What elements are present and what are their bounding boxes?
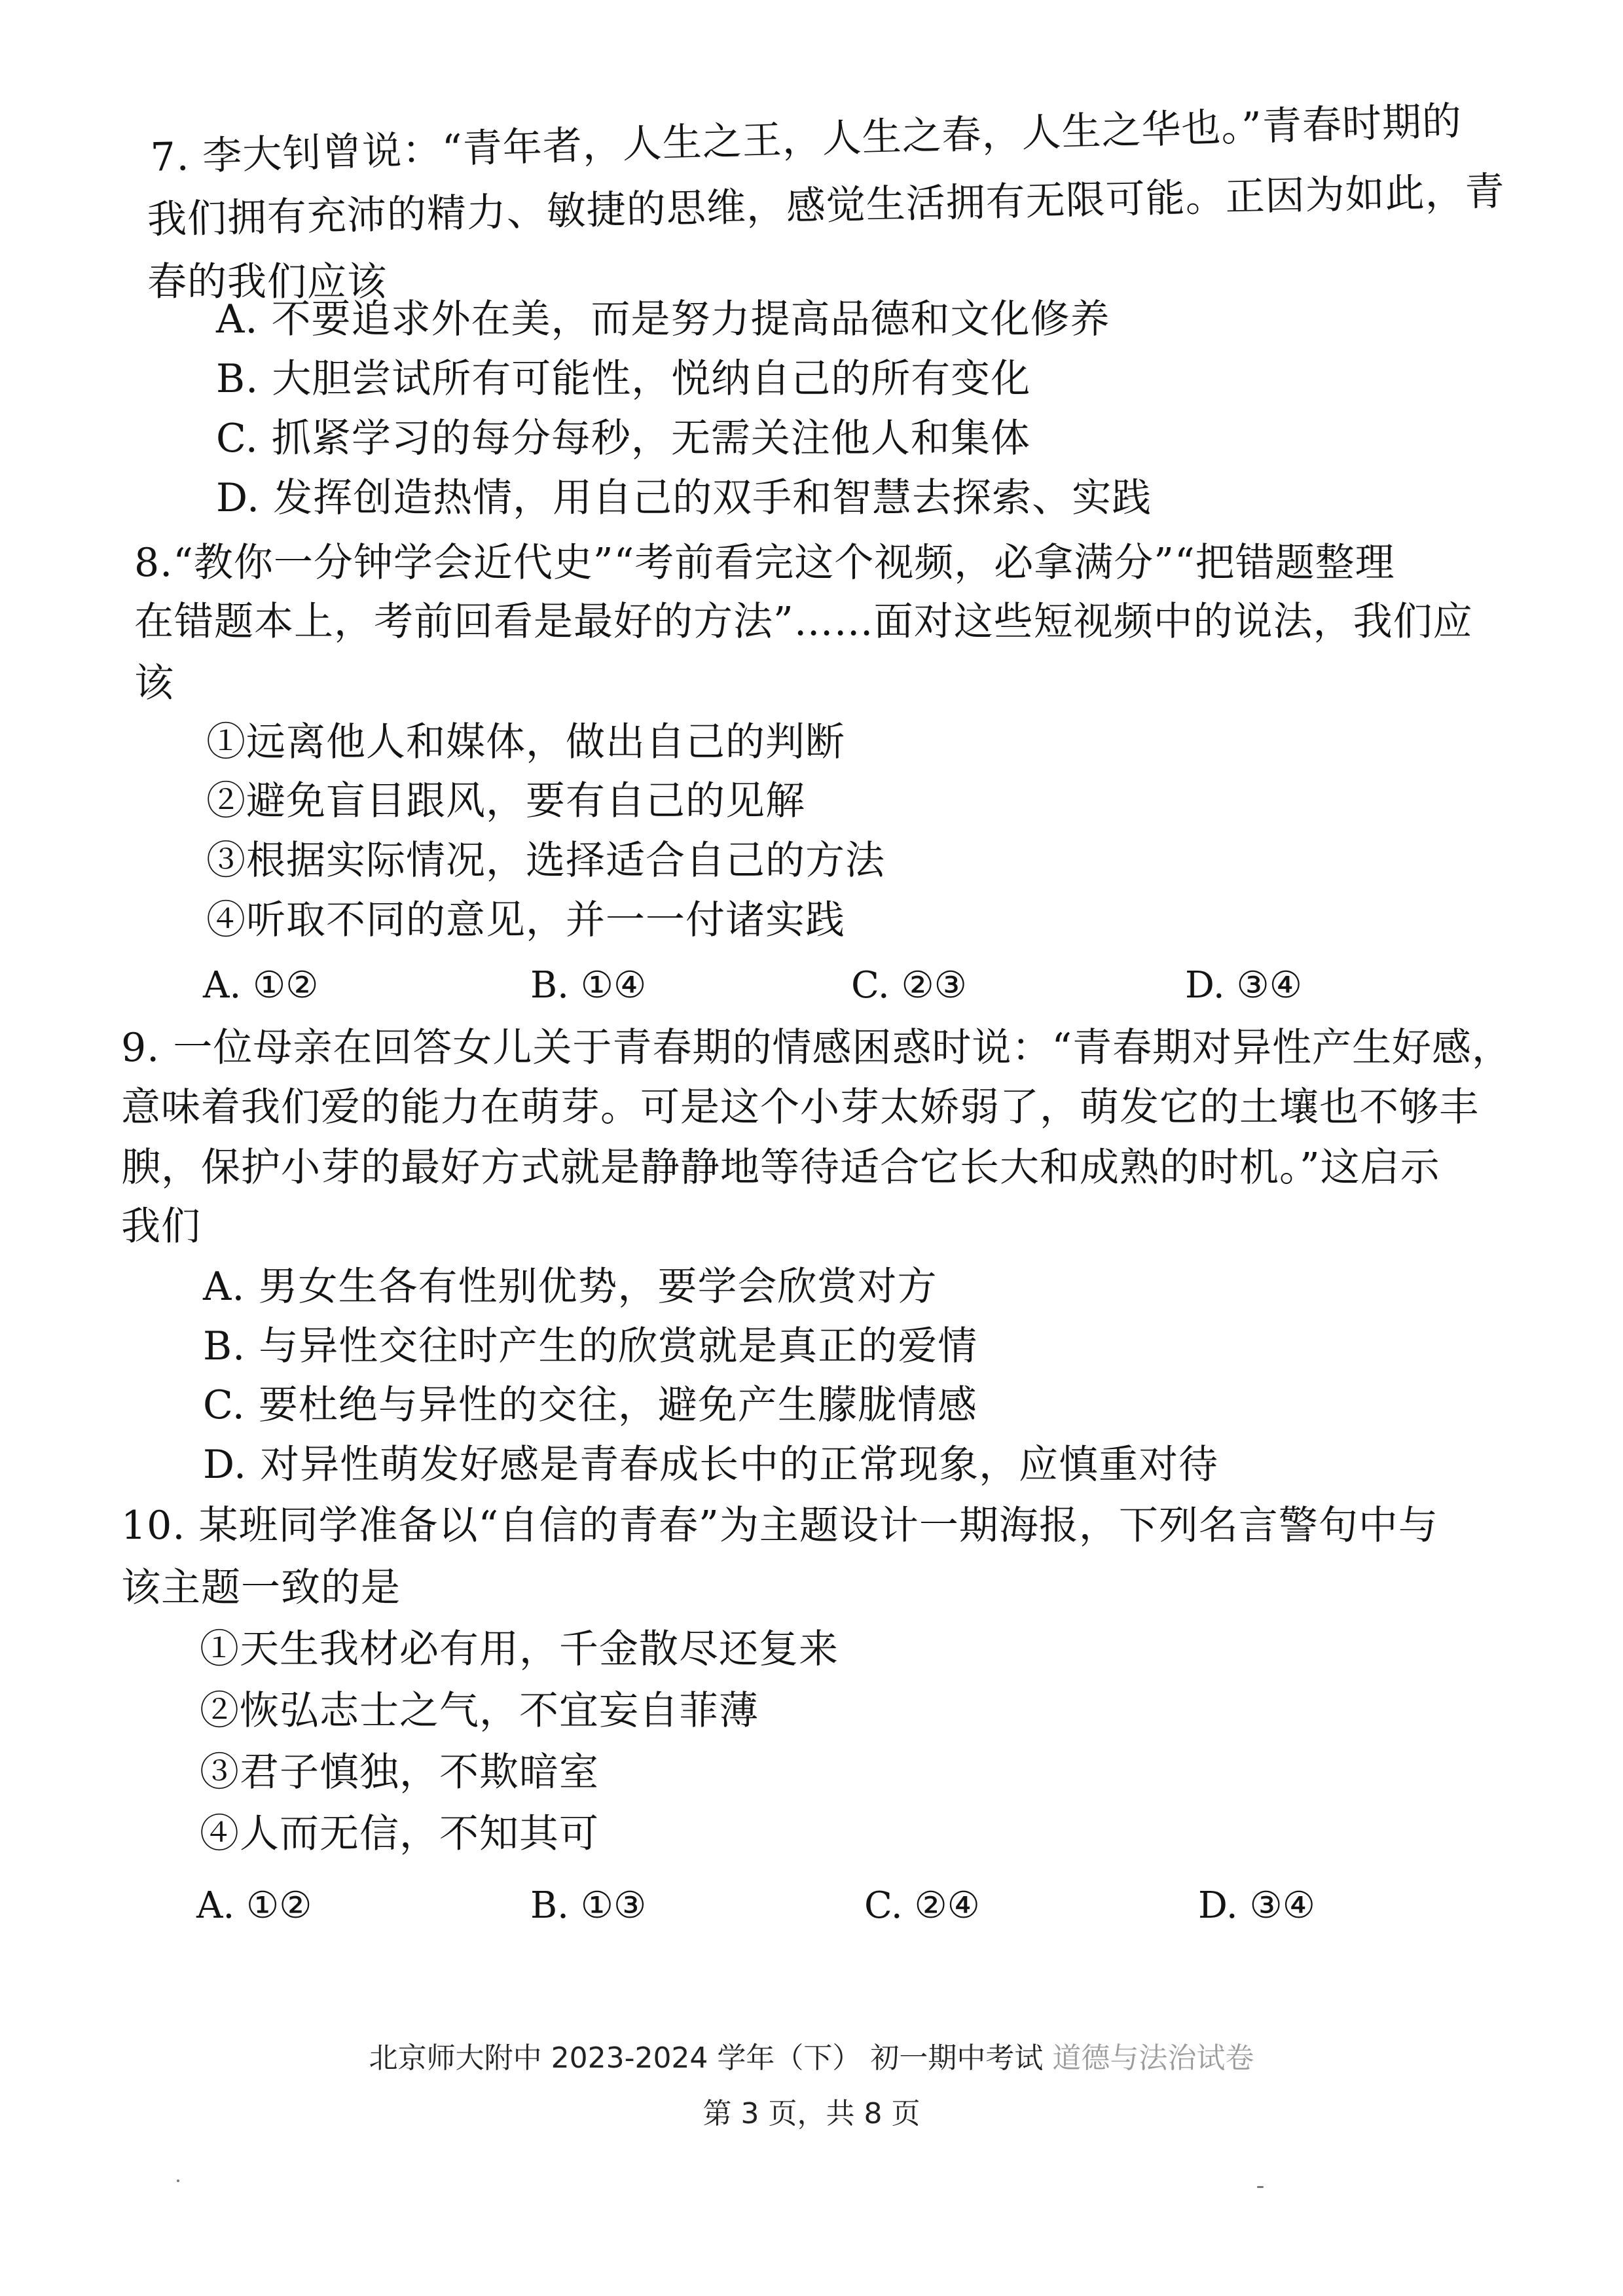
choice-a: A. ①②: [196, 1882, 312, 1929]
question-stem-line: 该主题一致的是: [121, 1564, 401, 1611]
statement-3: ③君子慎独，不欺暗室: [200, 1749, 599, 1796]
question-stem-line: 该: [134, 660, 174, 707]
question-stem-line: 10. 某班同学准备以“自信的青春”为主题设计一期海报，下列名言警句中与: [121, 1502, 1438, 1549]
option-d: D. 对异性萌发好感是青春成长中的正常现象，应慎重对待: [203, 1441, 1218, 1488]
option-b: B. 与异性交往时产生的欣赏就是真正的爱情: [203, 1323, 977, 1370]
statement-4: ④人而无信，不知其可: [200, 1810, 599, 1857]
option-a: A. 不要追求外在美，而是努力提高品德和文化修养: [216, 296, 1110, 343]
statement-1: ①远离他人和媒体，做出自己的判断: [206, 719, 845, 766]
exam-page: 7. 李大钊曾说：“青年者，人生之王，人生之春，人生之华也。”青春时期的 我们拥…: [0, 0, 1623, 2296]
choice-a: A. ①②: [203, 962, 318, 1009]
exam-subject: 道德与法治试卷: [1052, 2041, 1254, 2075]
option-d: D. 发挥创造热情，用自己的双手和智慧去探索、实践: [216, 475, 1152, 522]
question-stem-line: 7. 李大钊曾说：“青年者，人生之王，人生之春，人生之华也。”青春时期的: [150, 98, 1463, 181]
statement-4: ④听取不同的意见，并一一付诸实践: [206, 897, 845, 944]
answer-choices: A. ①② B. ①④ C. ②③ D. ③④: [203, 962, 1349, 1009]
question-stem-line: 意味着我们爱的能力在萌芽。可是这个小芽太娇弱了，萌发它的土壤也不够丰: [121, 1084, 1479, 1131]
statement-2: ②避免盲目跟风，要有自己的见解: [206, 778, 805, 825]
option-c: C. 要杜绝与异性的交往，避免产生朦胧情感: [203, 1382, 977, 1429]
question-stem-line: 8.“教你一分钟学会近代史”“考前看完这个视频，必拿满分”“把错题整理: [134, 539, 1395, 586]
statement-2: ②恢弘志士之气，不宜妄自菲薄: [200, 1687, 759, 1734]
choice-b: B. ①③: [530, 1882, 646, 1929]
choice-d: D. ③④: [1185, 962, 1302, 1009]
question-stem-line: 9. 一位母亲在回答女儿关于青春期的情感困惑时说：“青春期对异性产生好感，: [121, 1024, 1512, 1071]
question-stem-line: 我们拥有充沛的精力、敏捷的思维，感觉生活拥有无限可能。正因为如此，青: [147, 168, 1505, 243]
choice-b: B. ①④: [530, 962, 646, 1009]
page-indicator: 第 3 页，共 8 页: [0, 2096, 1623, 2132]
choice-d: D. ③④: [1198, 1882, 1315, 1929]
choice-c: C. ②③: [851, 962, 967, 1009]
scan-speck: [1257, 2186, 1264, 2188]
statement-3: ③根据实际情况，选择适合自己的方法: [206, 837, 885, 884]
choice-c: C. ②④: [864, 1882, 980, 1929]
option-c: C. 抓紧学习的每分每秒，无需关注他人和集体: [216, 415, 1030, 462]
question-stem-line: 腴，保护小芽的最好方式就是静静地等待适合它长大和成熟的时机。”这启示: [121, 1144, 1440, 1191]
question-stem-line: 在错题本上，考前回看是最好的方法”……面对这些短视频中的说法，我们应: [134, 598, 1473, 645]
scan-speck: [177, 2179, 179, 2182]
answer-choices: A. ①② B. ①③ C. ②④ D. ③④: [196, 1882, 1342, 1929]
exam-title-main: 北京师大附中 2023-2024 学年（下） 初一期中考试: [369, 2041, 1053, 2075]
statement-1: ①天生我材必有用，千金散尽还复来: [200, 1626, 839, 1673]
question-stem-line: 我们: [121, 1203, 201, 1250]
option-a: A. 男女生各有性别优势，要学会欣赏对方: [203, 1263, 937, 1310]
option-b: B. 大胆尝试所有可能性，悦纳自己的所有变化: [216, 355, 1030, 403]
exam-title: 北京师大附中 2023-2024 学年（下） 初一期中考试 道德与法治试卷: [0, 2040, 1623, 2077]
